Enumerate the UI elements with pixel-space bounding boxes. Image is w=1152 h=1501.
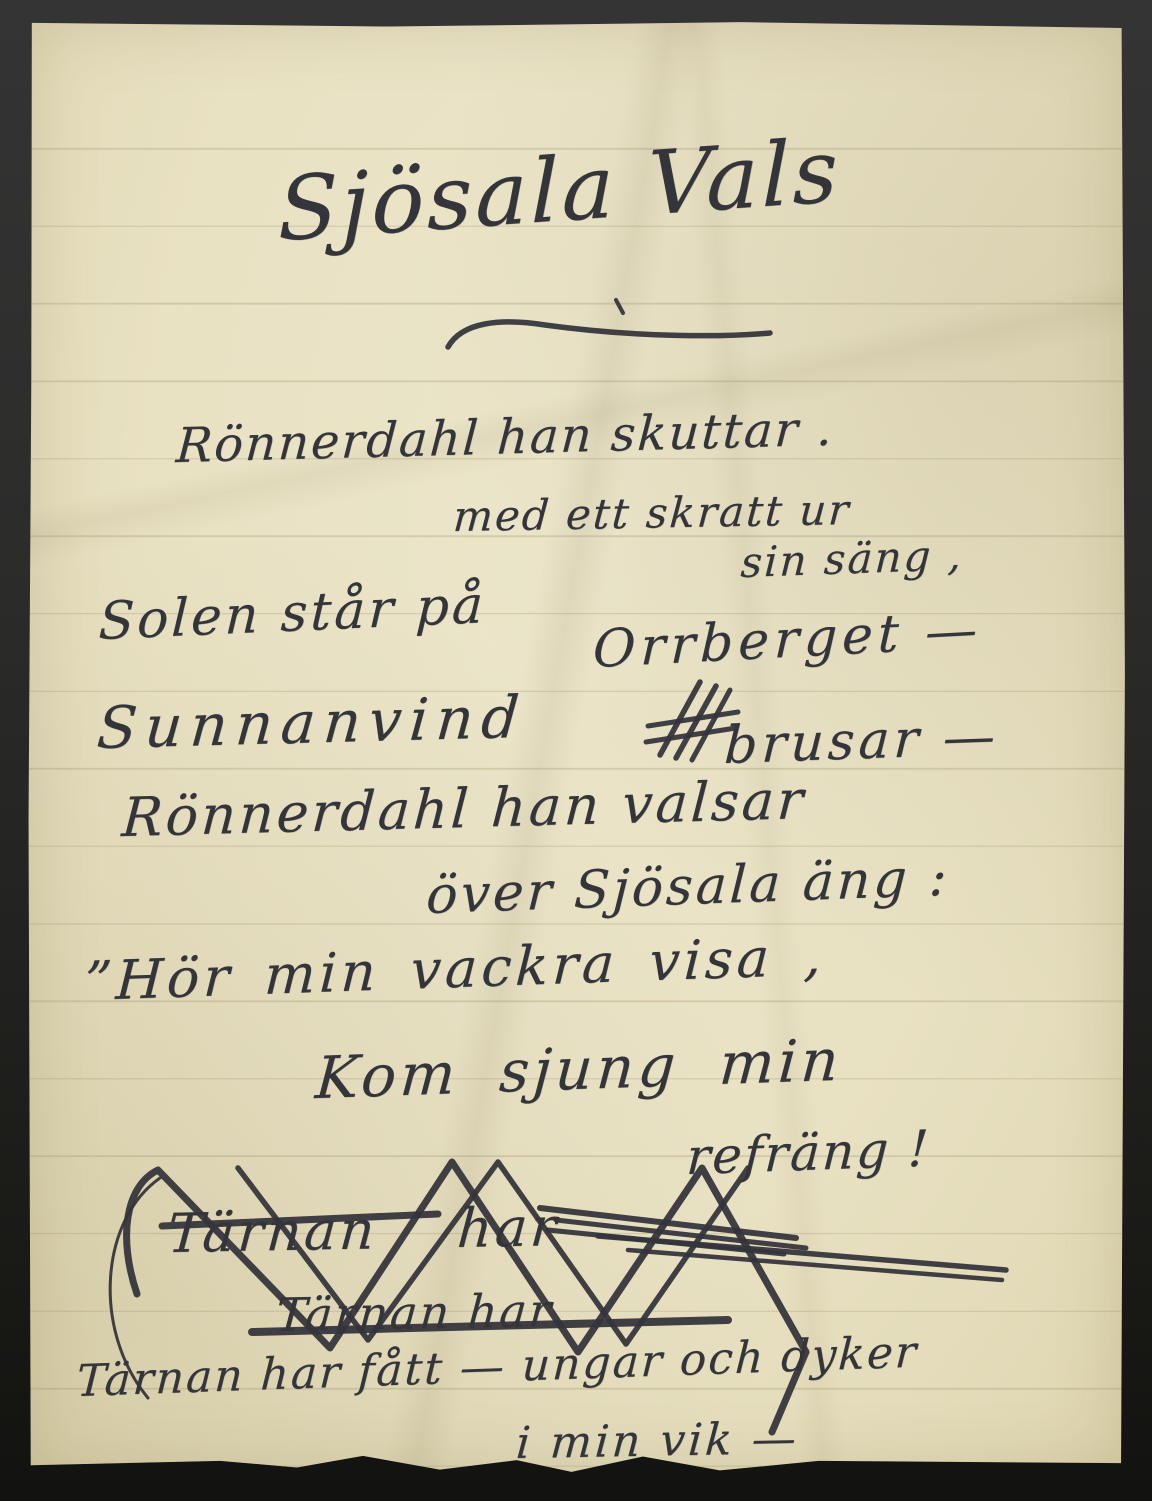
handwritten-line: refräng ! <box>685 1119 932 1186</box>
handwritten-line: sin säng , <box>739 530 964 587</box>
handwritten-line: Sunnanvind <box>95 683 530 762</box>
handwritten-line: i min vik — <box>514 1413 800 1469</box>
handwritten-line-deleted: Tärnan har <box>274 1283 555 1342</box>
photo-of-manuscript: { "window": { "background_color": "#2b2b… <box>0 0 1152 1501</box>
handwritten-line: med ett skratt ur <box>452 485 853 541</box>
handwritten-line-deleted: Tärnan har <box>166 1195 562 1265</box>
handwritten-line: brusar — <box>723 706 1001 776</box>
